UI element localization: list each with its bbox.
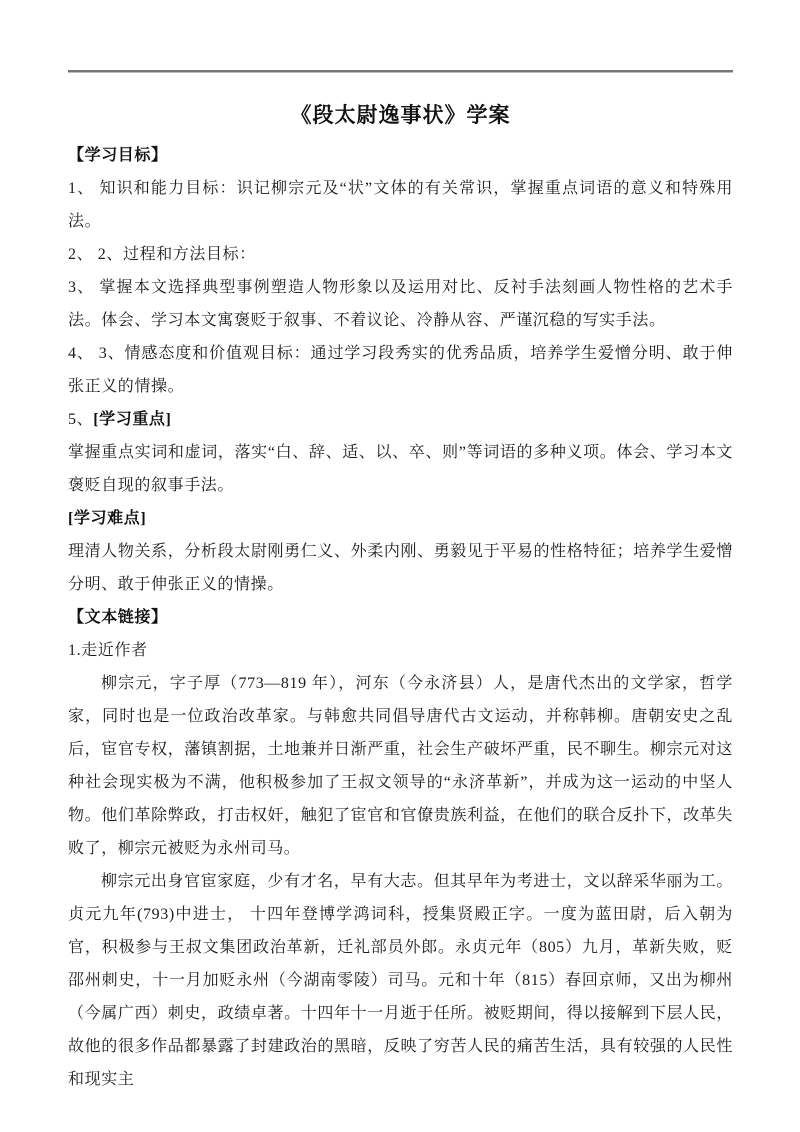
goal-item-3: 3、 掌握本文选择典型事例塑造人物形象以及运用对比、反衬手法刻画人物性格的艺术手… [68, 271, 733, 337]
header-rule [68, 70, 733, 73]
goal-item-4: 4、 3、情感态度和价值观目标：通过学习段秀实的优秀品质，培养学生爱憎分明、敢于… [68, 337, 733, 403]
difficulties-text: 理清人物关系，分析段太尉刚勇仁义、外柔内刚、勇毅见于平易的性格特征；培养学生爱憎… [68, 535, 733, 601]
key-points-number: 5、 [68, 411, 93, 428]
doc-body: 【学习目标】 1、 知识和能力目标：识记柳宗元及“状”文体的有关常识，掌握重点词… [68, 139, 733, 1096]
section-header-text-links: 【文本链接】 [68, 601, 733, 634]
doc-title: 《段太尉逸事状》学案 [68, 97, 733, 133]
author-paragraph-2: 柳宗元出身官宦家庭，少有才名，早有大志。但其早年为考进士，文以辞采华丽为工。贞元… [68, 865, 733, 1096]
section-header-learning-goals: 【学习目标】 [68, 139, 733, 172]
key-points-line: 5、[学习重点] [68, 403, 733, 436]
key-points-text: 掌握重点实词和虚词，落实“白、辞、适、以、卒、则”等词语的多种义项。体会、学习本… [68, 436, 733, 502]
document-page: 《段太尉逸事状》学案 【学习目标】 1、 知识和能力目标：识记柳宗元及“状”文体… [0, 0, 800, 1132]
author-paragraph-1: 柳宗元，字子厚（773—819 年），河东（今永济县）人，是唐代杰出的文学家，哲… [68, 667, 733, 865]
goal-item-2: 2、 2、过程和方法目标： [68, 238, 733, 271]
goal-item-1: 1、 知识和能力目标：识记柳宗元及“状”文体的有关常识，掌握重点词语的意义和特殊… [68, 172, 733, 238]
section-header-key-points: [学习重点] [93, 411, 171, 428]
section-header-difficulties: [学习难点] [68, 502, 733, 535]
author-subheading: 1.走近作者 [68, 634, 733, 667]
